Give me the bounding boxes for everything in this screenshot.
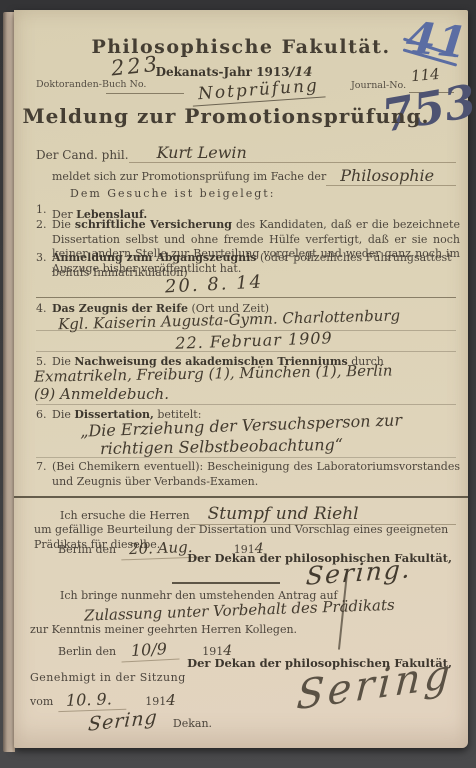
item-6-underline (36, 457, 456, 458)
cand-label: Der Cand. phil. (36, 148, 129, 163)
item-4-date-handwritten: 22. Februar 1909 (144, 327, 365, 354)
vom-label: vom (30, 695, 53, 708)
approval-signature-row: Sering Dekan. (88, 710, 212, 732)
item-2-number: 2. (36, 218, 47, 233)
short-divider (172, 582, 280, 584)
dekan-label: Dekan. (173, 717, 212, 730)
referees-handwritten: Stumpf und Riehl (190, 504, 456, 525)
faculty-title: Philosophische Fakultät. (14, 36, 468, 58)
item-4-underline-2 (36, 351, 456, 352)
item-3-underline (36, 297, 456, 298)
second-place-label: Berlin den (58, 645, 116, 658)
meldet-text: meldet sich zur Promotionsprüfung im Fac… (52, 170, 326, 185)
doktoranden-buch-number: 223 (110, 51, 161, 80)
item-3-number: 3. (36, 251, 47, 266)
subject-row: meldet sich zur Promotionsprüfung im Fac… (52, 164, 456, 184)
dekanats-jahr-printed: Dekanats-Jahr 1913 (156, 65, 290, 79)
candidate-name-handwritten: Kurt Lewin (129, 143, 456, 163)
dissertation-title-handwritten-line2: richtigen Selbstbeobachtung“ (100, 435, 343, 458)
subject-handwritten: Philosophie (326, 166, 456, 186)
candidate-row: Der Cand. phil. Kurt Lewin (36, 142, 456, 162)
item-4-number: 4. (36, 302, 47, 317)
item-5-handwritten-line2: (9) Anmeldebuch. (34, 385, 169, 403)
item-7-text: (Bei Chemikern eventuell): Bescheinigung… (52, 460, 460, 489)
approval-year-handwritten: 4 (166, 691, 176, 709)
item-5-underline (36, 404, 456, 405)
kenntnis-text: zur Kenntnis meiner geehrten Herren Koll… (30, 623, 297, 638)
approval-signature: Sering (87, 706, 158, 736)
dean-signature-1: Sering. (305, 554, 413, 591)
ersuche-row: Ich ersuche die Herren Stumpf und Riehl (60, 502, 456, 523)
doktoranden-underline (106, 93, 184, 94)
form-title: Meldung zur Promotionsprüfung. (16, 104, 436, 128)
item-7: 7. (Bei Chemikern eventuell): Bescheinig… (36, 460, 460, 489)
item-7-number: 7. (36, 460, 47, 475)
document-photo: Philosophische Fakultät. Dekanats-Jahr 1… (0, 0, 476, 768)
section-divider (14, 496, 468, 498)
promotion-form-paper: Philosophische Fakultät. Dekanats-Jahr 1… (14, 10, 468, 748)
ersuche-label: Ich ersuche die Herren (60, 509, 190, 524)
beigelegt-text: Dem Gesuche ist beigelegt: (70, 187, 275, 202)
request-place-label: Berlin den (58, 543, 116, 556)
doktoranden-buch-label: Doktoranden-Buch No. (36, 79, 146, 90)
item-1-number: 1. (36, 203, 47, 218)
item-6-number: 6. (36, 408, 47, 423)
approval-date-handwritten: 10. 9. (58, 689, 126, 712)
second-date-handwritten: 10/9 (121, 638, 180, 662)
genehmigt-text: Genehmigt in der Sitzung (30, 671, 186, 686)
